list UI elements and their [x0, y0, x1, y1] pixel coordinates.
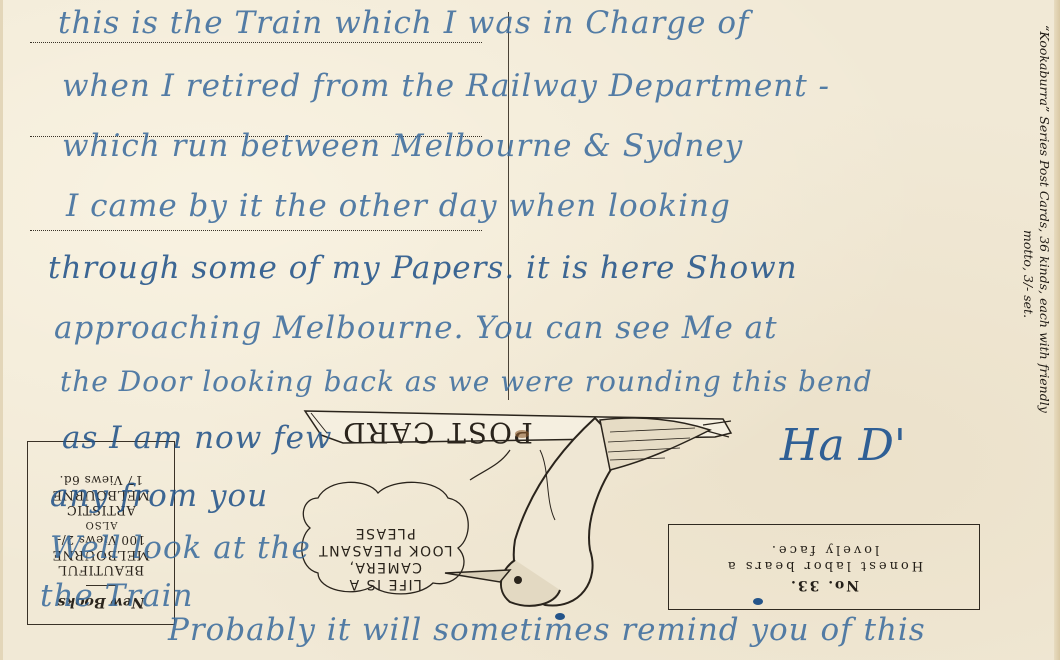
- motto-box: No. 33. Honest labor bears a lovely face…: [668, 524, 980, 610]
- motto-text-line: Honest labor bears a: [725, 557, 923, 573]
- series-line-2: motto, 3/- set.: [1021, 230, 1036, 318]
- handwritten-line: Well look at the: [50, 530, 311, 566]
- handwritten-line: this is the Train which I was in Charge …: [58, 5, 750, 41]
- motto-number: No. 33.: [789, 577, 859, 593]
- motto-text-line: lovely face.: [769, 541, 879, 557]
- handwritten-line: Probably it will sometimes remind you of…: [168, 612, 926, 648]
- series-line-1: “Kookaburra” Series Post Cards, 36 kinds…: [1037, 25, 1052, 413]
- handwritten-line: any from you: [50, 478, 268, 514]
- handwritten-line: the Door looking back as we were roundin…: [60, 365, 873, 398]
- address-line: [30, 42, 482, 43]
- card-edge-left: [0, 0, 3, 660]
- bubble-line: PLEASE: [300, 524, 470, 541]
- handwritten-line: the Train: [40, 578, 193, 614]
- handwritten-line: which run between Melbourne & Sydney: [62, 128, 743, 164]
- bubble-line: CAMERA,: [300, 558, 470, 575]
- handwritten-line: I came by it the other day when looking: [66, 188, 731, 224]
- handwritten-line: approaching Melbourne. You can see Me at: [54, 310, 778, 346]
- signature: Ha D': [780, 420, 906, 471]
- bubble-line: LIFE IS A: [300, 575, 470, 592]
- speech-bubble-text: LIFE IS A CAMERA, LOOK PLEASANT PLEASE: [300, 482, 470, 592]
- ink-dot: [753, 598, 763, 605]
- bubble-line: LOOK PLEASANT: [300, 541, 470, 558]
- ink-dot: [555, 613, 565, 620]
- address-line: [30, 230, 482, 231]
- handwritten-line: through some of my Papers. it is here Sh…: [48, 250, 798, 286]
- handwritten-line: when I retired from the Railway Departme…: [62, 68, 830, 104]
- handwritten-line: as I am now few: [62, 420, 332, 456]
- series-caption: “Kookaburra” Series Post Cards, 36 kinds…: [1010, 25, 1060, 625]
- postcard-back: “Kookaburra” Series Post Cards, 36 kinds…: [0, 0, 1060, 660]
